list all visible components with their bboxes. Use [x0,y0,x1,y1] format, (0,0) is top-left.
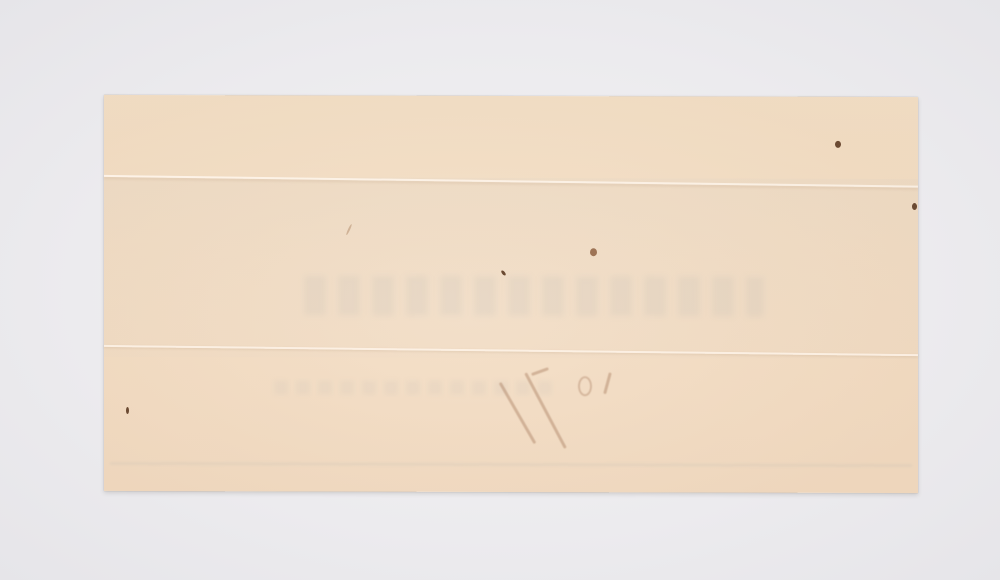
handwritten-marks [506,358,636,468]
folded-flap-shade [104,177,918,359]
speck [835,141,841,148]
paper-slip [104,95,918,493]
speck [126,407,129,414]
speck [590,248,597,256]
bleed-through-text [304,275,764,316]
speck [912,203,917,210]
